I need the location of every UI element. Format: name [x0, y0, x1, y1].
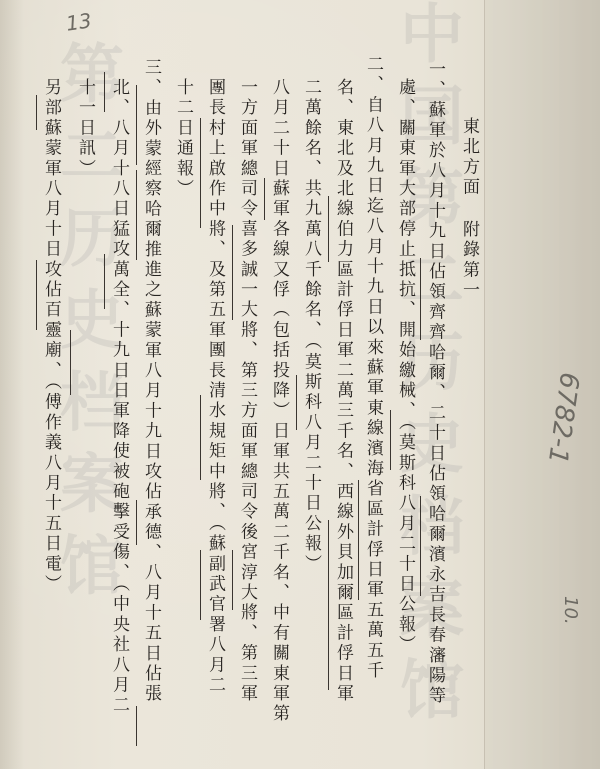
proper-noun-mark [328, 520, 329, 690]
proper-noun-mark [232, 225, 233, 320]
document-title: 東北方面 [458, 117, 480, 198]
text-column-5: 二萬餘名、共九萬八千餘名、（莫斯科八月二十日公報） [300, 78, 322, 575]
sheet-number-annotation: 10. [560, 596, 581, 625]
proper-noun-mark [420, 258, 421, 340]
proper-noun-mark [136, 85, 137, 165]
text-column-4: 名、東北及北線伯力區計俘日軍二萬三千名、西線外貝加爾區計俘日軍 [332, 78, 354, 704]
text-column-6: 八月二十日蘇軍各線又俘（包括投降）日軍共五萬二千名、中有關東軍第 [268, 78, 290, 724]
proper-noun-mark [36, 260, 37, 330]
text-column-8: 團長村上啟作中將、及第五軍團長清水規矩中將、（蘇副武官署八月二 [204, 78, 226, 696]
proper-noun-mark [36, 95, 37, 130]
appendix-label: 附錄第一 [458, 220, 480, 301]
text-column-13: 另部蘇蒙軍八月十日攻佔百靈廟、（傅作義八月十五日電） [40, 78, 62, 595]
proper-noun-mark [390, 410, 391, 470]
text-column-11: 北、八月十八日猛攻萬全、十九日日軍降使被砲擊受傷、（中央社八月二 [108, 78, 130, 716]
text-column-1: 一、蘇軍於八月十九日佔領齊齊哈爾、二十日佔領哈爾濱永吉長春瀋陽等 [424, 60, 446, 706]
text-column-12: 十一日訊） [74, 78, 96, 179]
proper-noun-mark [136, 170, 137, 260]
proper-noun-mark [136, 706, 137, 746]
document-page: 第二历史档案馆 中国第二历史档案馆 13 6782-1 10. 東北方面 附錄第… [0, 0, 600, 769]
proper-noun-mark [104, 72, 105, 112]
proper-noun-mark [104, 254, 105, 309]
proper-noun-mark [328, 196, 329, 262]
proper-noun-mark [136, 500, 137, 545]
text-column-7: 一方面軍總司令喜多誠一大將、第三方面軍總司令後宮淳大將、第三軍 [236, 78, 258, 704]
proper-noun-mark [200, 395, 201, 480]
text-column-10: 三、由外蒙經察哈爾推進之蘇蒙軍八月十九日攻佔承德、八月十五日佔張 [140, 58, 162, 704]
text-column-3: 二、自八月九日迄八月十九日以來蘇軍東線濱海省區計俘日軍五萬五千 [362, 55, 384, 681]
proper-noun-mark [232, 550, 233, 610]
proper-noun-mark [296, 375, 297, 430]
text-column-2: 處、關東軍大部停止抵抗、開始繳械、（莫斯科八月二十日公報） [394, 78, 416, 655]
proper-noun-mark [200, 118, 201, 228]
proper-noun-mark [358, 480, 359, 600]
proper-noun-mark [200, 550, 201, 620]
page-number-annotation: 13 [64, 8, 93, 35]
paper-edge-shadow [0, 0, 24, 769]
proper-noun-mark [420, 496, 421, 596]
text-column-9: 十二日通報） [172, 78, 194, 199]
proper-noun-mark [70, 330, 71, 395]
proper-noun-mark [264, 178, 265, 220]
